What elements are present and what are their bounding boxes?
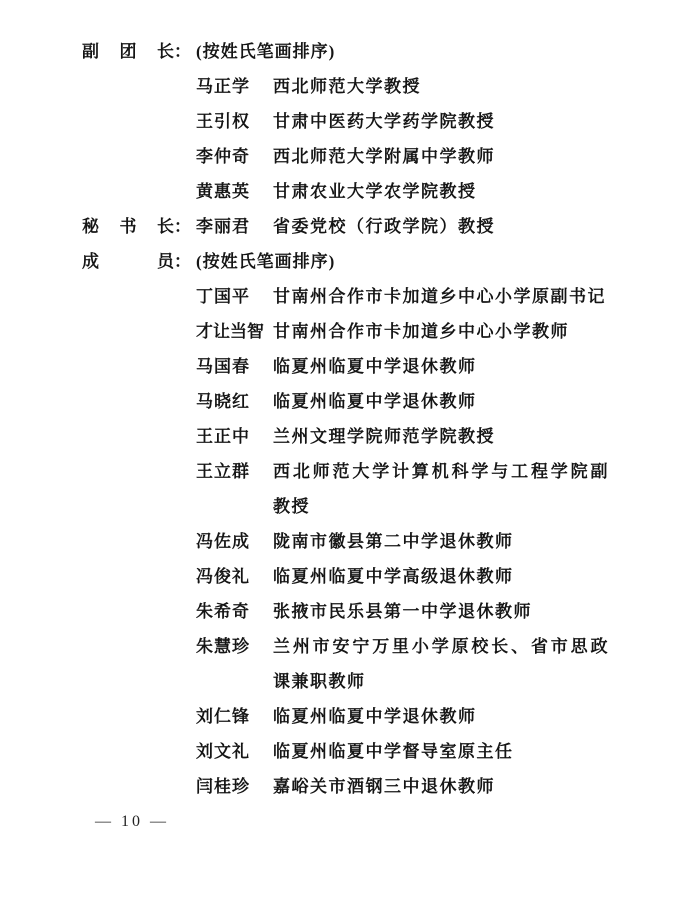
member-title-line: 临夏州临夏中学退休教师: [273, 349, 609, 384]
member-title: 西北师范大学教授: [273, 69, 609, 104]
role-label: 秘书长: [82, 209, 174, 244]
member-title-line: 陇南市徽县第二中学退休教师: [273, 524, 609, 559]
member-name: 马正学: [196, 69, 273, 104]
roster-row: 朱希奇张掖市民乐县第一中学退休教师: [82, 594, 609, 629]
member-title: 西北师范大学附属中学教师: [273, 139, 609, 174]
member-title-line: 教授: [273, 489, 609, 524]
member-name: 冯俊礼: [196, 559, 273, 594]
roster-row: 刘仁锋临夏州临夏中学退休教师: [82, 699, 609, 734]
member-title-line: 甘南州合作市卡加道乡中心小学原副书记: [273, 279, 609, 314]
member-title: 甘南州合作市卡加道乡中心小学原副书记: [273, 279, 609, 314]
role-label-char: 副: [82, 34, 99, 69]
member-name: 刘文礼: [196, 734, 273, 769]
member-title: 兰州文理学院师范学院教授: [273, 419, 609, 454]
member-title: 兰州市安宁万里小学原校长、省市思政课兼职教师: [273, 629, 609, 699]
member-name: 丁国平: [196, 279, 273, 314]
member-name: 王引权: [196, 104, 273, 139]
roster-row: 冯俊礼临夏州临夏中学高级退休教师: [82, 559, 609, 594]
member-title: 临夏州临夏中学退休教师: [273, 349, 609, 384]
member-title: 嘉峪关市酒钢三中退休教师: [273, 769, 609, 804]
roster-row: 副团长：(按姓氏笔画排序): [82, 34, 609, 69]
member-title-line: 西北师范大学教授: [273, 69, 609, 104]
role-label: 成员: [82, 244, 174, 279]
member-title: 省委党校（行政学院）教授: [273, 209, 609, 244]
member-title: 临夏州临夏中学督导室原主任: [273, 734, 609, 769]
member-name: 朱慧珍: [196, 629, 273, 664]
member-title-line: 临夏州临夏中学退休教师: [273, 699, 609, 734]
member-name: 李丽君: [196, 209, 273, 244]
roster-row: 王正中兰州文理学院师范学院教授: [82, 419, 609, 454]
roster-row: 李仲奇西北师范大学附属中学教师: [82, 139, 609, 174]
member-name: 闫桂珍: [196, 769, 273, 804]
member-title-line: 张掖市民乐县第一中学退休教师: [273, 594, 609, 629]
member-title: 甘肃农业大学农学院教授: [273, 174, 609, 209]
roster-row: 秘书长：李丽君省委党校（行政学院）教授: [82, 209, 609, 244]
roster-row: 王立群西北师范大学计算机科学与工程学院副教授: [82, 454, 609, 524]
member-title: 张掖市民乐县第一中学退休教师: [273, 594, 609, 629]
roster-rows: 副团长：(按姓氏笔画排序)马正学西北师范大学教授王引权甘肃中医药大学药学院教授李…: [82, 34, 609, 804]
role-label-cell: 副团长：: [82, 34, 196, 69]
role-label-char: 团: [120, 34, 137, 69]
roster-row: 王引权甘肃中医药大学药学院教授: [82, 104, 609, 139]
member-title: 甘南州合作市卡加道乡中心小学教师: [273, 314, 609, 349]
member-name: 马晓红: [196, 384, 273, 419]
roster-row: 冯佐成陇南市徽县第二中学退休教师: [82, 524, 609, 559]
member-title-line: 省委党校（行政学院）教授: [273, 209, 609, 244]
member-name: 王正中: [196, 419, 273, 454]
role-label-char: 书: [120, 209, 137, 244]
document-page: 副团长：(按姓氏笔画排序)马正学西北师范大学教授王引权甘肃中医药大学药学院教授李…: [0, 0, 677, 897]
sort-order-note: (按姓氏笔画排序): [196, 34, 609, 69]
roster-row: 刘文礼临夏州临夏中学督导室原主任: [82, 734, 609, 769]
member-name: 李仲奇: [196, 139, 273, 174]
member-name: 刘仁锋: [196, 699, 273, 734]
member-title: 陇南市徽县第二中学退休教师: [273, 524, 609, 559]
page-number: — 10 —: [95, 804, 169, 839]
roster-row: 马正学西北师范大学教授: [82, 69, 609, 104]
member-name: 朱希奇: [196, 594, 273, 629]
member-title-line: 兰州文理学院师范学院教授: [273, 419, 609, 454]
member-title-line: 西北师范大学计算机科学与工程学院副: [273, 454, 609, 489]
member-title-line: 课兼职教师: [273, 664, 609, 699]
role-label: 副团长: [82, 34, 174, 69]
roster-row: 马国春临夏州临夏中学退休教师: [82, 349, 609, 384]
roster-row: 丁国平甘南州合作市卡加道乡中心小学原副书记: [82, 279, 609, 314]
roster-row: 闫桂珍嘉峪关市酒钢三中退休教师: [82, 769, 609, 804]
member-title-line: 临夏州临夏中学督导室原主任: [273, 734, 609, 769]
role-label-colon: ：: [174, 244, 191, 279]
member-title: 临夏州临夏中学退休教师: [273, 699, 609, 734]
member-name: 冯佐成: [196, 524, 273, 559]
member-title-line: 甘南州合作市卡加道乡中心小学教师: [273, 314, 609, 349]
role-label-char: 长: [157, 209, 174, 244]
member-name: 马国春: [196, 349, 273, 384]
role-label-cell: 秘书长：: [82, 209, 196, 244]
member-title: 甘肃中医药大学药学院教授: [273, 104, 609, 139]
member-name: 黄惠英: [196, 174, 273, 209]
member-title-line: 甘肃中医药大学药学院教授: [273, 104, 609, 139]
member-title: 临夏州临夏中学高级退休教师: [273, 559, 609, 594]
roster-row: 才让当智甘南州合作市卡加道乡中心小学教师: [82, 314, 609, 349]
role-label-colon: ：: [174, 34, 191, 69]
roster-row: 成员：(按姓氏笔画排序): [82, 244, 609, 279]
roster-row: 马晓红临夏州临夏中学退休教师: [82, 384, 609, 419]
role-label-char: 长: [157, 34, 174, 69]
roster-row: 朱慧珍兰州市安宁万里小学原校长、省市思政课兼职教师: [82, 629, 609, 699]
role-label-char: 秘: [82, 209, 99, 244]
role-label-colon: ：: [174, 209, 191, 244]
roster-row: 黄惠英甘肃农业大学农学院教授: [82, 174, 609, 209]
member-title-line: 嘉峪关市酒钢三中退休教师: [273, 769, 609, 804]
member-title: 临夏州临夏中学退休教师: [273, 384, 609, 419]
role-label-cell: 成员：: [82, 244, 196, 279]
member-title-line: 甘肃农业大学农学院教授: [273, 174, 609, 209]
member-title-line: 西北师范大学附属中学教师: [273, 139, 609, 174]
member-name: 王立群: [196, 454, 273, 489]
member-name: 才让当智: [196, 314, 273, 349]
member-title-line: 临夏州临夏中学退休教师: [273, 384, 609, 419]
role-label-char: 成: [82, 244, 99, 279]
sort-order-note: (按姓氏笔画排序): [196, 244, 609, 279]
role-label-char: 员: [157, 244, 174, 279]
member-title-line: 临夏州临夏中学高级退休教师: [273, 559, 609, 594]
member-title: 西北师范大学计算机科学与工程学院副教授: [273, 454, 609, 524]
member-title-line: 兰州市安宁万里小学原校长、省市思政: [273, 629, 609, 664]
